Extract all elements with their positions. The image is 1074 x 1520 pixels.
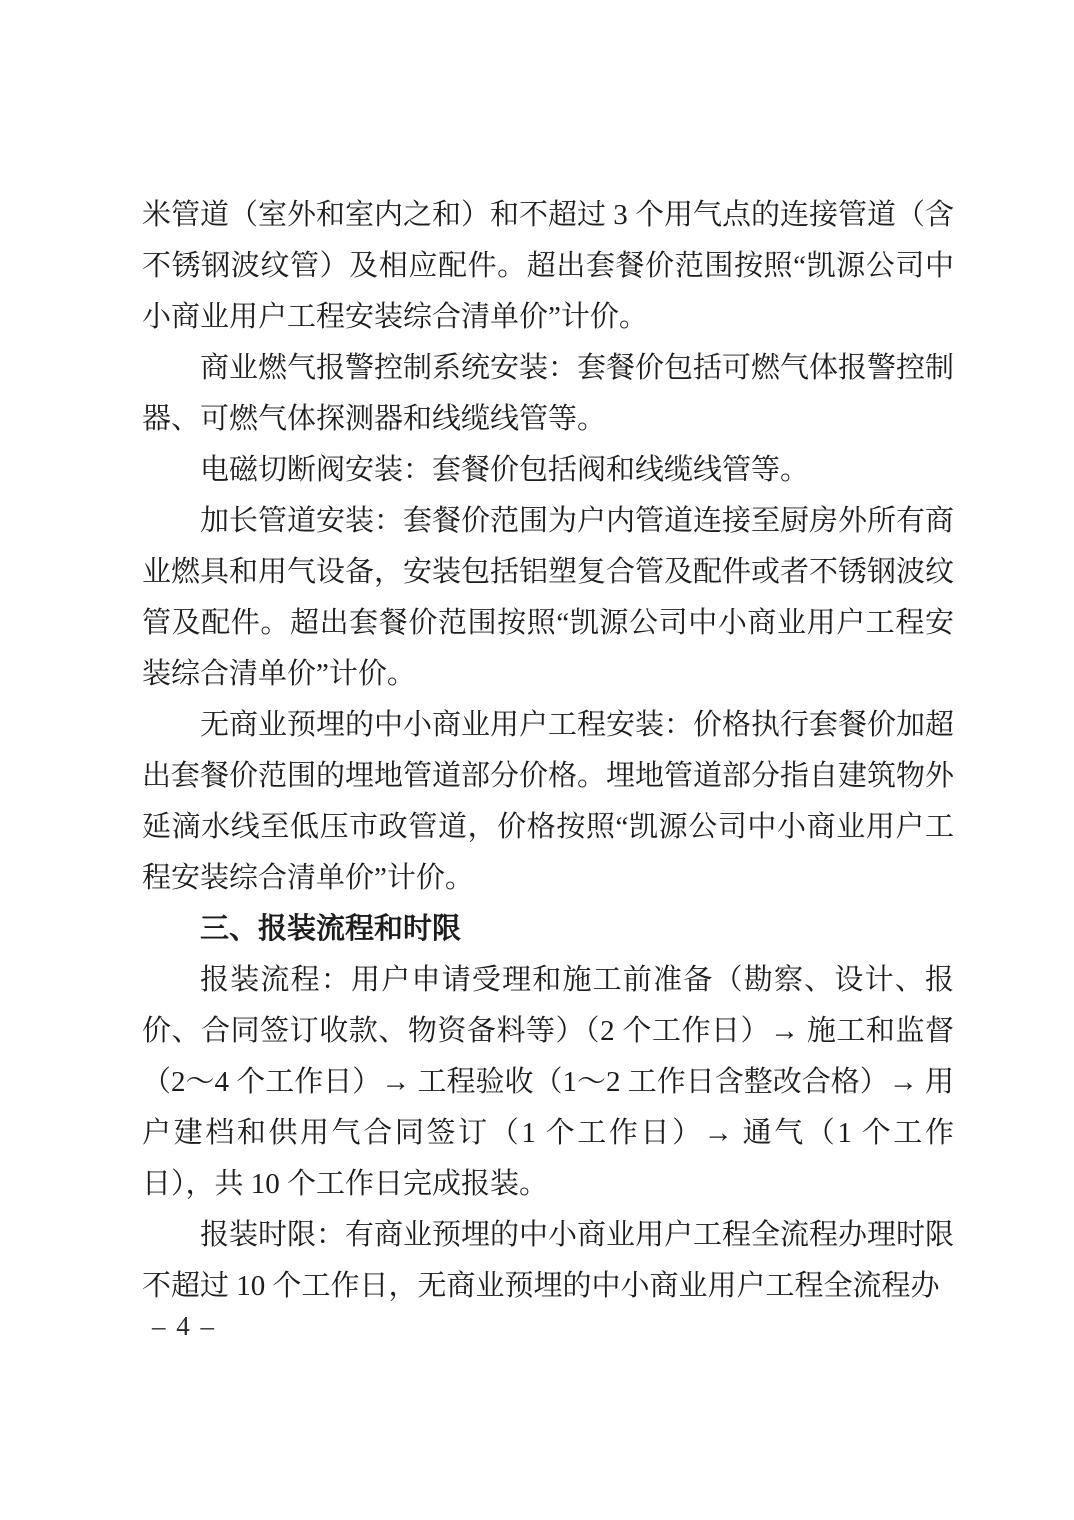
- paragraph: 商业燃气报警控制系统安装：套餐价包括可燃气体报警控制器、可燃气体探测器和线缆线管…: [142, 343, 954, 445]
- section-heading: 三、报装流程和时限: [142, 904, 954, 955]
- paragraph: 米管道（室外和室内之和）和不超过 3 个用气点的连接管道（含不锈钢波纹管）及相应…: [142, 190, 954, 343]
- paragraph: 无商业预埋的中小商业用户工程安装：价格执行套餐价加超出套餐价范围的埋地管道部分价…: [142, 700, 954, 904]
- page-footer: – 4 –: [152, 1306, 216, 1346]
- paragraph: 加长管道安装：套餐价范围为户内管道连接至厨房外所有商业燃具和用气设备，安装包括铝…: [142, 496, 954, 700]
- paragraph: 电磁切断阀安装：套餐价包括阀和线缆线管等。: [142, 445, 954, 496]
- page-number: – 4 –: [152, 1311, 216, 1341]
- document-page: 米管道（室外和室内之和）和不超过 3 个用气点的连接管道（含不锈钢波纹管）及相应…: [0, 0, 1074, 1520]
- document-body: 米管道（室外和室内之和）和不超过 3 个用气点的连接管道（含不锈钢波纹管）及相应…: [142, 190, 954, 1312]
- paragraph: 报装时限：有商业预埋的中小商业用户工程全流程办理时限不超过 10 个工作日，无商…: [142, 1210, 954, 1312]
- paragraph: 报装流程：用户申请受理和施工前准备（勘察、设计、报价、合同签订收款、物资备料等）…: [142, 955, 954, 1210]
